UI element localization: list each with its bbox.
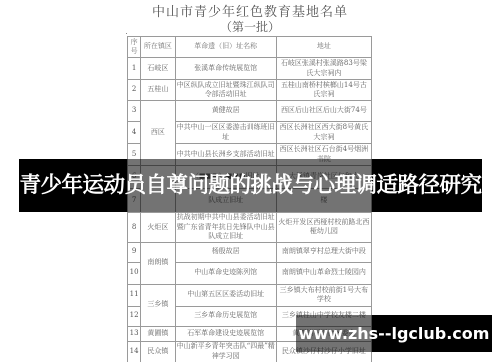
table-header-row: 序号 所在镇区 革命遗（旧）址名称 地址 xyxy=(128,37,372,58)
stray-dot xyxy=(126,33,127,34)
row-no: 11 xyxy=(128,284,141,306)
table-row: 1 石岐区 张溪革命传统展览馆 石岐区张溪村张溪路83号梁氏大宗祠内 xyxy=(128,58,372,80)
header-district: 所在镇区 xyxy=(141,37,175,58)
row-name: 中山新平乡青年突击队“四最”精神学习园 xyxy=(175,341,276,362)
row-name: 中山革命史迹陈列馆 xyxy=(175,262,276,284)
document-subtitle: （第一批） xyxy=(0,18,500,35)
row-address: 三乡镇大布村校前街1号大布学校 xyxy=(276,284,371,306)
site-watermark: www.zhs--lgclub.com xyxy=(296,315,492,352)
row-no: 13 xyxy=(128,326,141,341)
row-no: 4 xyxy=(128,122,141,144)
row-address: 石岐区张溪村张溪路83号梁氏大宗祠内 xyxy=(276,58,371,80)
table-row: 8 火炬区 抗战初期中共中山县委活动旧址暨广东省青年抗日先锋队中山县队成立旧址 … xyxy=(128,213,372,243)
row-name: 杨殷故居 xyxy=(175,242,276,262)
row-no: 9 xyxy=(128,242,141,262)
row-address: 南朗镇翠亨村总理大街中段 xyxy=(276,242,371,262)
row-district: 三乡镇 xyxy=(141,284,175,326)
row-address: 南朗镇中山革命烈士陵园内 xyxy=(276,262,371,284)
row-district: 五桂山 xyxy=(141,80,175,101)
row-no: 14 xyxy=(128,341,141,362)
row-name: 三乡革命历史展览馆 xyxy=(175,306,276,326)
table-row: 9 南朗镇 杨殷故居 南朗镇翠亨村总理大街中段 xyxy=(128,242,372,262)
row-no: 12 xyxy=(128,306,141,326)
row-district: 火炬区 xyxy=(141,213,175,243)
row-name: 石军革命建设史迹展览馆 xyxy=(175,326,276,341)
row-district: 石岐区 xyxy=(141,58,175,80)
row-name: 中共中山一区区委游击训练班旧址 xyxy=(175,122,276,144)
table-row: 3 西区 黄健故居 西区后山社区后山大街74号 xyxy=(128,101,372,122)
row-address: 西区长洲社区西大街8号黄氏大宗祠 xyxy=(276,122,371,144)
row-no: 2 xyxy=(128,80,141,101)
header-name: 革命遗（旧）址名称 xyxy=(175,37,276,58)
row-district: 南朗镇 xyxy=(141,242,175,284)
header-address: 地址 xyxy=(276,37,371,58)
row-district: 黄圃镇 xyxy=(141,326,175,341)
row-address: 火炬开发区西桠村校前路北西桠幼儿园 xyxy=(276,213,371,243)
row-name: 中山第五区区委活动旧址 xyxy=(175,284,276,306)
row-address: 五桂山南桥村槟榔山14号古氏宗祠 xyxy=(276,80,371,101)
row-name: 张溪革命传统展览馆 xyxy=(175,58,276,80)
table-row: 2 五桂山 中区纵队成立旧址暨珠江纵队司令部活动旧址 五桂山南桥村槟榔山14号古… xyxy=(128,80,372,101)
article-title-banner: 青少年运动员自尊问题的挑战与心理调适路径研究 xyxy=(19,159,482,212)
header-no: 序号 xyxy=(128,37,141,58)
row-no: 8 xyxy=(128,213,141,243)
row-no: 10 xyxy=(128,262,141,284)
row-name: 黄健故居 xyxy=(175,101,276,122)
row-no: 3 xyxy=(128,101,141,122)
row-no: 1 xyxy=(128,58,141,80)
row-district: 西区 xyxy=(141,101,175,166)
table-row: 11 三乡镇 中山第五区区委活动旧址 三乡镇大布村校前街1号大布学校 xyxy=(128,284,372,306)
row-name: 抗战初期中共中山县委活动旧址暨广东省青年抗日先锋队中山县队成立旧址 xyxy=(175,213,276,243)
row-name: 中区纵队成立旧址暨珠江纵队司令部活动旧址 xyxy=(175,80,276,101)
row-district: 民众镇 xyxy=(141,341,175,362)
row-address: 西区后山社区后山大街74号 xyxy=(276,101,371,122)
